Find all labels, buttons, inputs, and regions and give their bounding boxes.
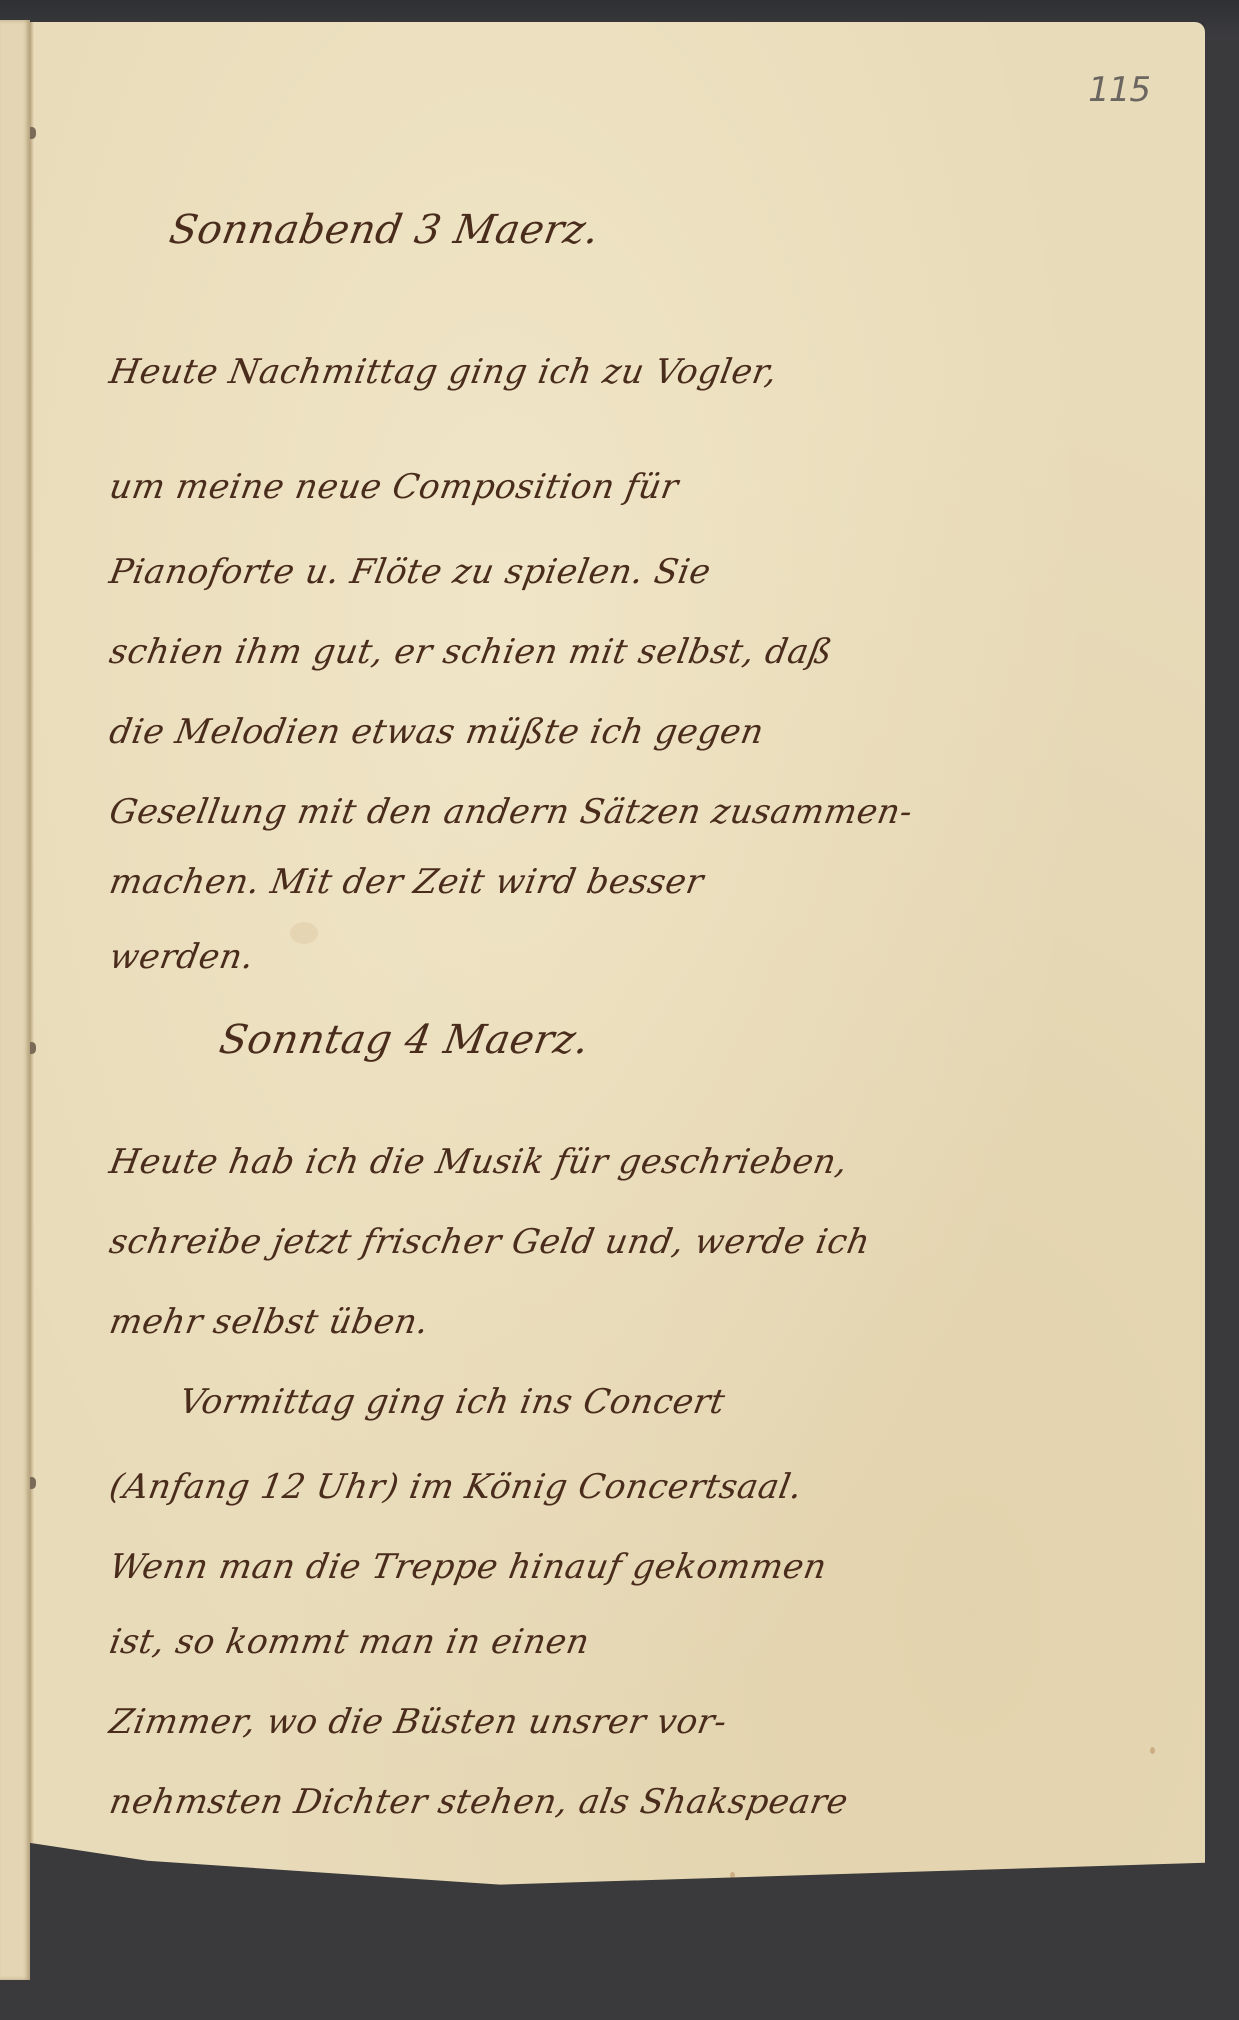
manuscript-line: mehr selbst üben. <box>106 1302 431 1342</box>
facing-page-edge <box>0 20 30 1980</box>
entry-heading: Sonnabend 3 Maerz. <box>166 207 603 253</box>
manuscript-page: 115 Sonnabend 3 Maerz. Heute Nachmittag … <box>30 22 1205 2012</box>
folio-number: 115 <box>1088 70 1150 110</box>
paper-stain <box>1150 1747 1155 1754</box>
manuscript-line: Gesellung mit den andern Sätzen zusammen… <box>106 792 915 832</box>
manuscript-line: Zimmer, wo die Büsten unsrer vor- <box>106 1702 730 1742</box>
entry-heading: Sonntag 4 Maerz. <box>216 1017 593 1063</box>
manuscript-line: die Melodien etwas müßte ich gegen <box>106 712 767 752</box>
paper-stain <box>730 1872 735 1878</box>
manuscript-line: (Anfang 12 Uhr) im König Concertsaal. <box>106 1467 805 1507</box>
manuscript-line: schien ihm gut, er schien mit selbst, da… <box>106 632 835 672</box>
binding-gutter <box>30 22 34 2012</box>
manuscript-line: schreibe jetzt frischer Geld und, werde … <box>106 1222 873 1262</box>
manuscript-line: machen. Mit der Zeit wird besser <box>106 862 706 902</box>
manuscript-line: um meine neue Composition für <box>106 467 681 507</box>
manuscript-line: Wenn man die Treppe hinauf gekommen <box>106 1547 829 1587</box>
manuscript-line: werden. <box>106 937 257 977</box>
paper-stain <box>290 922 318 944</box>
manuscript-line: nehmsten Dichter stehen, als Shakspeare <box>106 1782 851 1822</box>
manuscript-line: ist, so kommt man in einen <box>106 1622 592 1662</box>
manuscript-line: Pianoforte u. Flöte zu spielen. Sie <box>106 552 714 592</box>
manuscript-line: Heute Nachmittag ging ich zu Vogler, <box>106 352 780 392</box>
manuscript-line: Heute hab ich die Musik für geschrieben, <box>106 1142 850 1182</box>
manuscript-line: Vormittag ging ich ins Concert <box>176 1382 728 1422</box>
